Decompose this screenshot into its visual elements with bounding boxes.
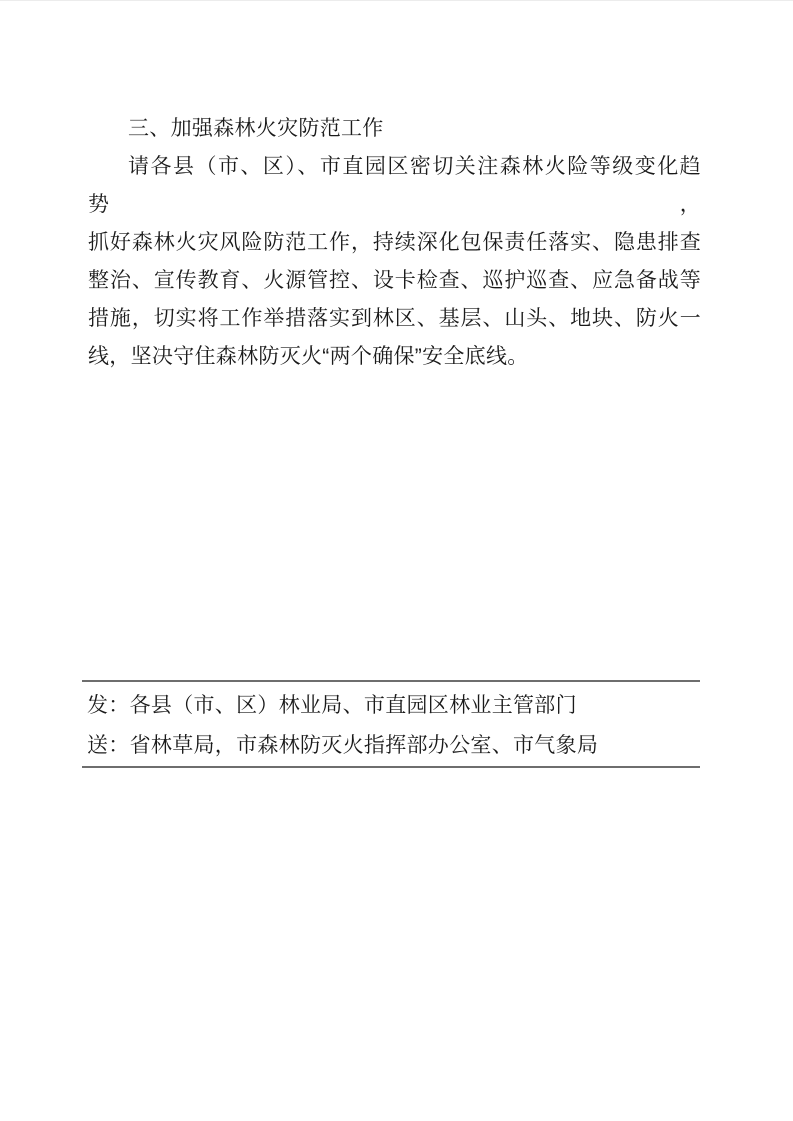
paragraph-line: 措施，切实将工作举措落实到林区、基层、山头、地块、防火一: [88, 300, 701, 338]
document-page: 三、加强森林火灾防范工作 请各县（市、区）、市直园区密切关注森林火险等级变化趋势…: [0, 0, 793, 1121]
document-body: 三、加强森林火灾防范工作 请各县（市、区）、市直园区密切关注森林火险等级变化趋势…: [88, 110, 701, 376]
paragraph-line-last: 线，坚决守住森林防灭火“两个确保”安全底线。: [88, 338, 701, 376]
section-heading: 三、加强森林火灾防范工作: [88, 110, 701, 148]
paragraph-line: 抓好森林火灾风险防范工作，持续深化包保责任落实、隐患排查: [88, 224, 701, 262]
distribution-issued-to-line: 发：各县（市、区）林业局、市直园区林业主管部门: [82, 686, 700, 726]
paragraph-line: 整治、宣传教育、火源管控、设卡检查、巡护巡查、应急备战等: [88, 262, 701, 300]
distribution-block: 发：各县（市、区）林业局、市直园区林业主管部门 送：省林草局，市森林防灭火指挥部…: [82, 680, 700, 768]
distribution-copied-to-line: 送：省林草局，市森林防灭火指挥部办公室、市气象局: [82, 726, 700, 766]
paragraph-line: 请各县（市、区）、市直园区密切关注森林火险等级变化趋势，: [88, 148, 701, 224]
